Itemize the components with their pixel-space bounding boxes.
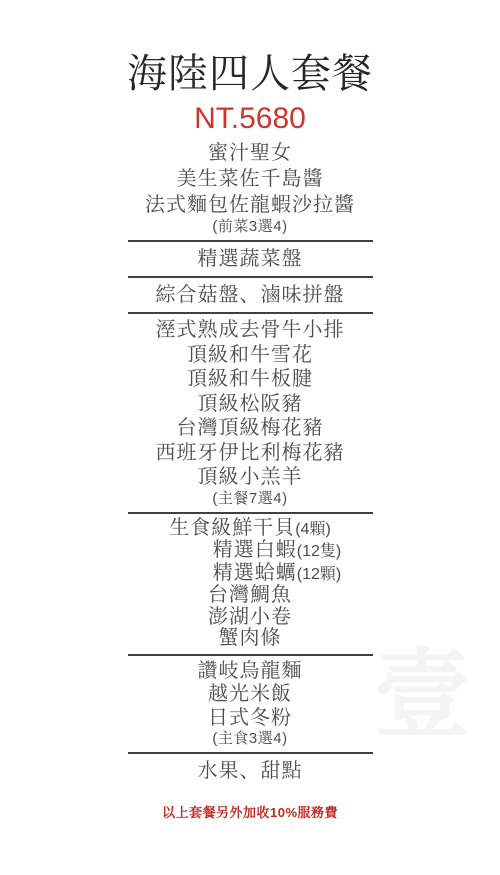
section-seafood: 生食級鮮干貝(4顆) 精選白蝦(12隻) 精選蛤蠣(12顆) 台灣鯛魚 澎湖小卷… — [0, 514, 500, 654]
section-mains: 溼式熟成去骨牛小排 頂級和牛雪花 頂級和牛板腱 頂級松阪豬 台灣頂級梅花豬 西班… — [0, 314, 500, 512]
menu-item: 溼式熟成去骨牛小排 — [0, 318, 500, 343]
service-charge-note: 以上套餐另外加收10%服務費 — [0, 806, 500, 820]
menu-item: 台灣鯛魚 — [0, 585, 500, 607]
section-dessert: 水果、甜點 — [0, 754, 500, 788]
menu-item-text: 精選白蝦 — [213, 539, 297, 561]
menu-item-quantity: (4顆) — [295, 521, 331, 538]
menu-item-quantity: (12隻) — [297, 543, 341, 560]
menu-item: 越光米飯 — [0, 683, 500, 707]
menu-item: 綜合菇盤、滷味拼盤 — [0, 282, 500, 308]
section-platters: 綜合菇盤、滷味拼盤 — [0, 278, 500, 312]
menu-item-text: 生食級鮮干貝 — [169, 517, 295, 539]
menu-content: 海陸四人套餐 NT.5680 蜜汁聖女 美生菜佐千島醬 法式麵包佐龍蝦沙拉醬 (… — [0, 0, 500, 820]
menu-item: 精選蛤蠣(12顆) — [27, 563, 500, 586]
menu-title: 海陸四人套餐 — [0, 50, 500, 98]
section-staples: 讚岐烏龍麵 越光米飯 日式冬粉 (主食3選4) — [0, 656, 500, 753]
menu-item: 日式冬粉 — [0, 707, 500, 731]
section-vegetable: 精選蔬菜盤 — [0, 242, 500, 276]
menu-item: 西班牙伊比利梅花豬 — [0, 441, 500, 466]
menu-item: 頂級和牛雪花 — [0, 343, 500, 368]
menu-item: 蜜汁聖女 — [0, 140, 500, 166]
section-choice-note: (前菜3選4) — [0, 218, 500, 236]
menu-item-quantity: (12顆) — [297, 566, 341, 583]
section-appetizers: 蜜汁聖女 美生菜佐千島醬 法式麵包佐龍蝦沙拉醬 (前菜3選4) — [0, 136, 500, 240]
menu-page: 壹 海陸四人套餐 NT.5680 蜜汁聖女 美生菜佐千島醬 法式麵包佐龍蝦沙拉醬… — [0, 0, 500, 875]
section-choice-note: (主食3選4) — [0, 730, 500, 748]
menu-item: 台灣頂級梅花豬 — [0, 416, 500, 441]
menu-item: 頂級松阪豬 — [0, 392, 500, 417]
menu-item: 澎湖小卷 — [0, 607, 500, 629]
menu-item: 讚岐烏龍麵 — [0, 660, 500, 684]
menu-item: 法式麵包佐龍蝦沙拉醬 — [0, 192, 500, 218]
section-choice-note: (主餐7選4) — [0, 490, 500, 508]
menu-item: 精選蔬菜盤 — [0, 246, 500, 272]
menu-item: 美生菜佐千島醬 — [0, 166, 500, 192]
menu-price: NT.5680 — [0, 102, 500, 136]
menu-item: 精選白蝦(12隻) — [27, 540, 500, 563]
menu-item: 頂級和牛板腱 — [0, 367, 500, 392]
menu-item: 蟹肉條 — [0, 628, 500, 650]
menu-item: 頂級小羔羊 — [0, 465, 500, 490]
menu-item-text: 精選蛤蠣 — [213, 562, 297, 584]
menu-item: 水果、甜點 — [0, 758, 500, 784]
menu-item: 生食級鮮干貝(4顆) — [0, 518, 500, 541]
